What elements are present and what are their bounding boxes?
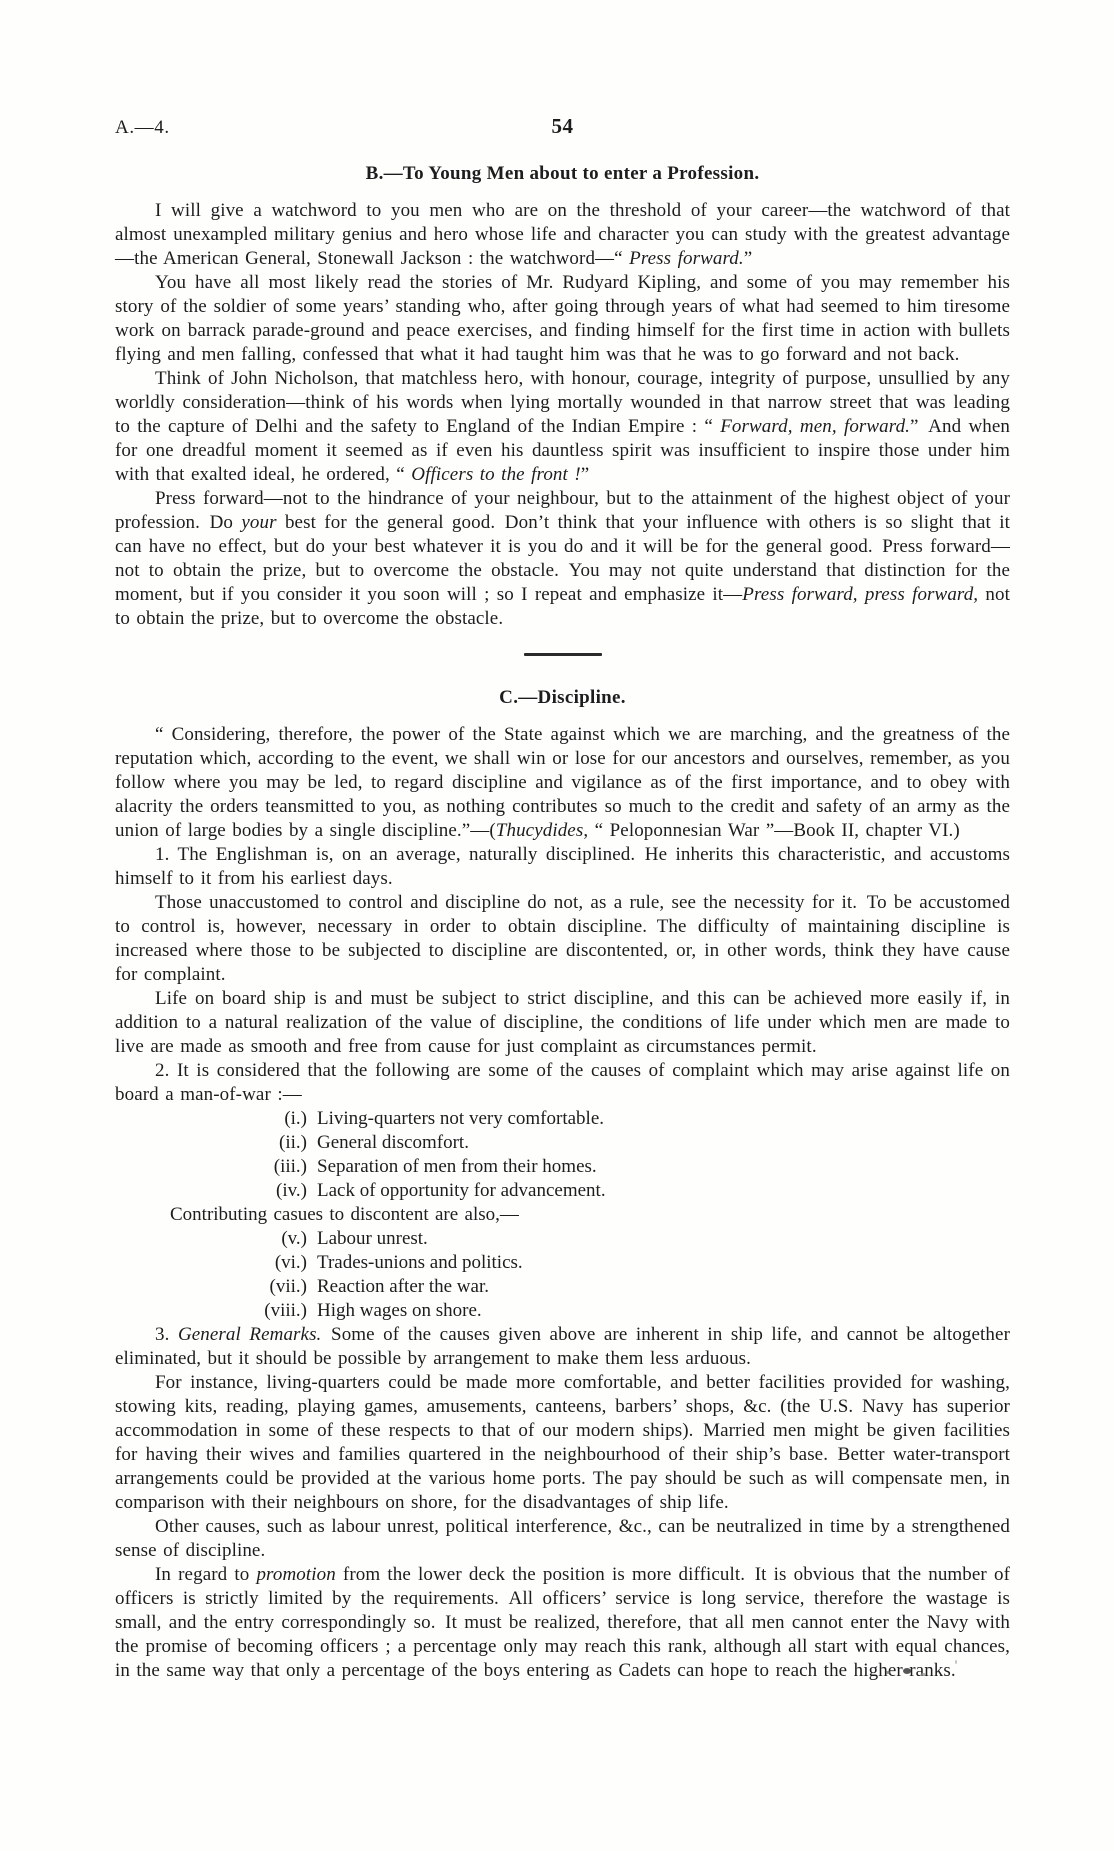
list-item: (ii.)General discomfort.	[115, 1131, 1010, 1155]
section-c-lead-paragraphs: “ Considering, therefore, the power of t…	[115, 723, 1010, 1107]
doc-reference: A.—4.	[115, 116, 170, 140]
list-item: (vi.)Trades-unions and politics.	[115, 1251, 1010, 1275]
list-item-text: Labour unrest.	[317, 1227, 428, 1251]
text-run: , “ Peloponnesian War ”—Book II, chapter…	[583, 820, 959, 841]
page-number: 54	[552, 114, 574, 138]
list-item: (iii.)Separation of men from their homes…	[115, 1155, 1010, 1179]
scan-artifact	[373, 1413, 376, 1416]
contributing-intro-line: Contributing casues to discontent are al…	[170, 1203, 1010, 1227]
italic-text: General Remarks.	[178, 1324, 321, 1345]
text-run: Those unaccustomed to control and discip…	[115, 892, 1010, 985]
italic-text: Press forward.	[629, 248, 744, 269]
paragraph: Think of John Nicholson, that matchless …	[115, 367, 1010, 487]
italic-text: Forward, men, forward.	[720, 416, 910, 437]
list-item-marker: (i.)	[115, 1107, 307, 1131]
complaint-causes-list: (i.)Living-quarters not very comfortable…	[115, 1107, 1010, 1203]
text-run: Life on board ship is and must be subjec…	[115, 988, 1010, 1057]
text-run: 2. It is considered that the following a…	[115, 1060, 1010, 1105]
section-b-heading: B.—To Young Men about to enter a Profess…	[115, 162, 1010, 186]
text-run: 1. The Englishman is, on an average, nat…	[115, 844, 1010, 889]
italic-text: Thucydides	[496, 820, 584, 841]
text-run: ”	[744, 248, 753, 269]
paragraph: You have all most likely read the storie…	[115, 271, 1010, 367]
paragraph: 2. It is considered that the following a…	[115, 1059, 1010, 1107]
section-divider-rule	[524, 653, 602, 656]
list-item-marker: (iv.)	[115, 1179, 307, 1203]
paragraph: 1. The Englishman is, on an average, nat…	[115, 843, 1010, 891]
scan-artifact	[921, 1673, 926, 1676]
paragraph: Press forward—not to the hindrance of yo…	[115, 487, 1010, 631]
paragraph: “ Considering, therefore, the power of t…	[115, 723, 1010, 843]
text-run: You have all most likely read the storie…	[115, 272, 1010, 365]
scan-artifact	[886, 1671, 890, 1674]
scan-artifact	[955, 1660, 957, 1664]
italic-text: Press forward, press forward,	[742, 584, 978, 605]
list-item: (i.)Living-quarters not very comfortable…	[115, 1107, 1010, 1131]
list-item-text: Separation of men from their homes.	[317, 1155, 597, 1179]
paragraph: Other causes, such as labour unrest, pol…	[115, 1515, 1010, 1563]
scan-artifact	[903, 1668, 911, 1674]
list-item-text: General discomfort.	[317, 1131, 469, 1155]
list-item-marker: (ii.)	[115, 1131, 307, 1155]
section-c-closing-paragraphs: 3. General Remarks. Some of the causes g…	[115, 1323, 1010, 1683]
text-run: ”	[581, 464, 590, 485]
contributing-causes-list: (v.)Labour unrest.(vi.)Trades-unions and…	[115, 1227, 1010, 1323]
list-item-text: Trades-unions and politics.	[317, 1251, 523, 1275]
italic-text: promotion	[256, 1564, 335, 1585]
list-item: (iv.)Lack of opportunity for advancement…	[115, 1179, 1010, 1203]
list-item-marker: (vi.)	[115, 1251, 307, 1275]
text-run: For instance, living-quarters could be m…	[115, 1372, 1010, 1513]
italic-text: your	[241, 512, 276, 533]
paragraph: In regard to promotion from the lower de…	[115, 1563, 1010, 1683]
italic-text: Officers to the front !	[411, 464, 580, 485]
list-item-text: Reaction after the war.	[317, 1275, 489, 1299]
text-run: Other causes, such as labour unrest, pol…	[115, 1516, 1010, 1561]
list-item-text: Lack of opportunity for advancement.	[317, 1179, 606, 1203]
paragraph: I will give a watchword to you men who a…	[115, 199, 1010, 271]
text-run: In regard to	[155, 1564, 256, 1585]
list-item-marker: (viii.)	[115, 1299, 307, 1323]
list-item-text: Living-quarters not very comfortable.	[317, 1107, 604, 1131]
list-item: (vii.)Reaction after the war.	[115, 1275, 1010, 1299]
text-run: 3.	[155, 1324, 178, 1345]
page-header: A.—4. 54	[115, 116, 1010, 144]
section-b-body: I will give a watchword to you men who a…	[115, 199, 1010, 631]
list-item-marker: (iii.)	[115, 1155, 307, 1179]
paragraph: 3. General Remarks. Some of the causes g…	[115, 1323, 1010, 1371]
paragraph: Life on board ship is and must be subjec…	[115, 987, 1010, 1059]
list-item-marker: (vii.)	[115, 1275, 307, 1299]
list-item-text: High wages on shore.	[317, 1299, 482, 1323]
text-run: I will give a watchword to you men who a…	[115, 200, 1010, 269]
paragraph: For instance, living-quarters could be m…	[115, 1371, 1010, 1515]
section-c-heading: C.—Discipline.	[115, 686, 1010, 710]
list-item: (viii.)High wages on shore.	[115, 1299, 1010, 1323]
paragraph: Those unaccustomed to control and discip…	[115, 891, 1010, 987]
list-item-marker: (v.)	[115, 1227, 307, 1251]
list-item: (v.)Labour unrest.	[115, 1227, 1010, 1251]
document-page: A.—4. 54 B.—To Young Men about to enter …	[0, 0, 1114, 1851]
